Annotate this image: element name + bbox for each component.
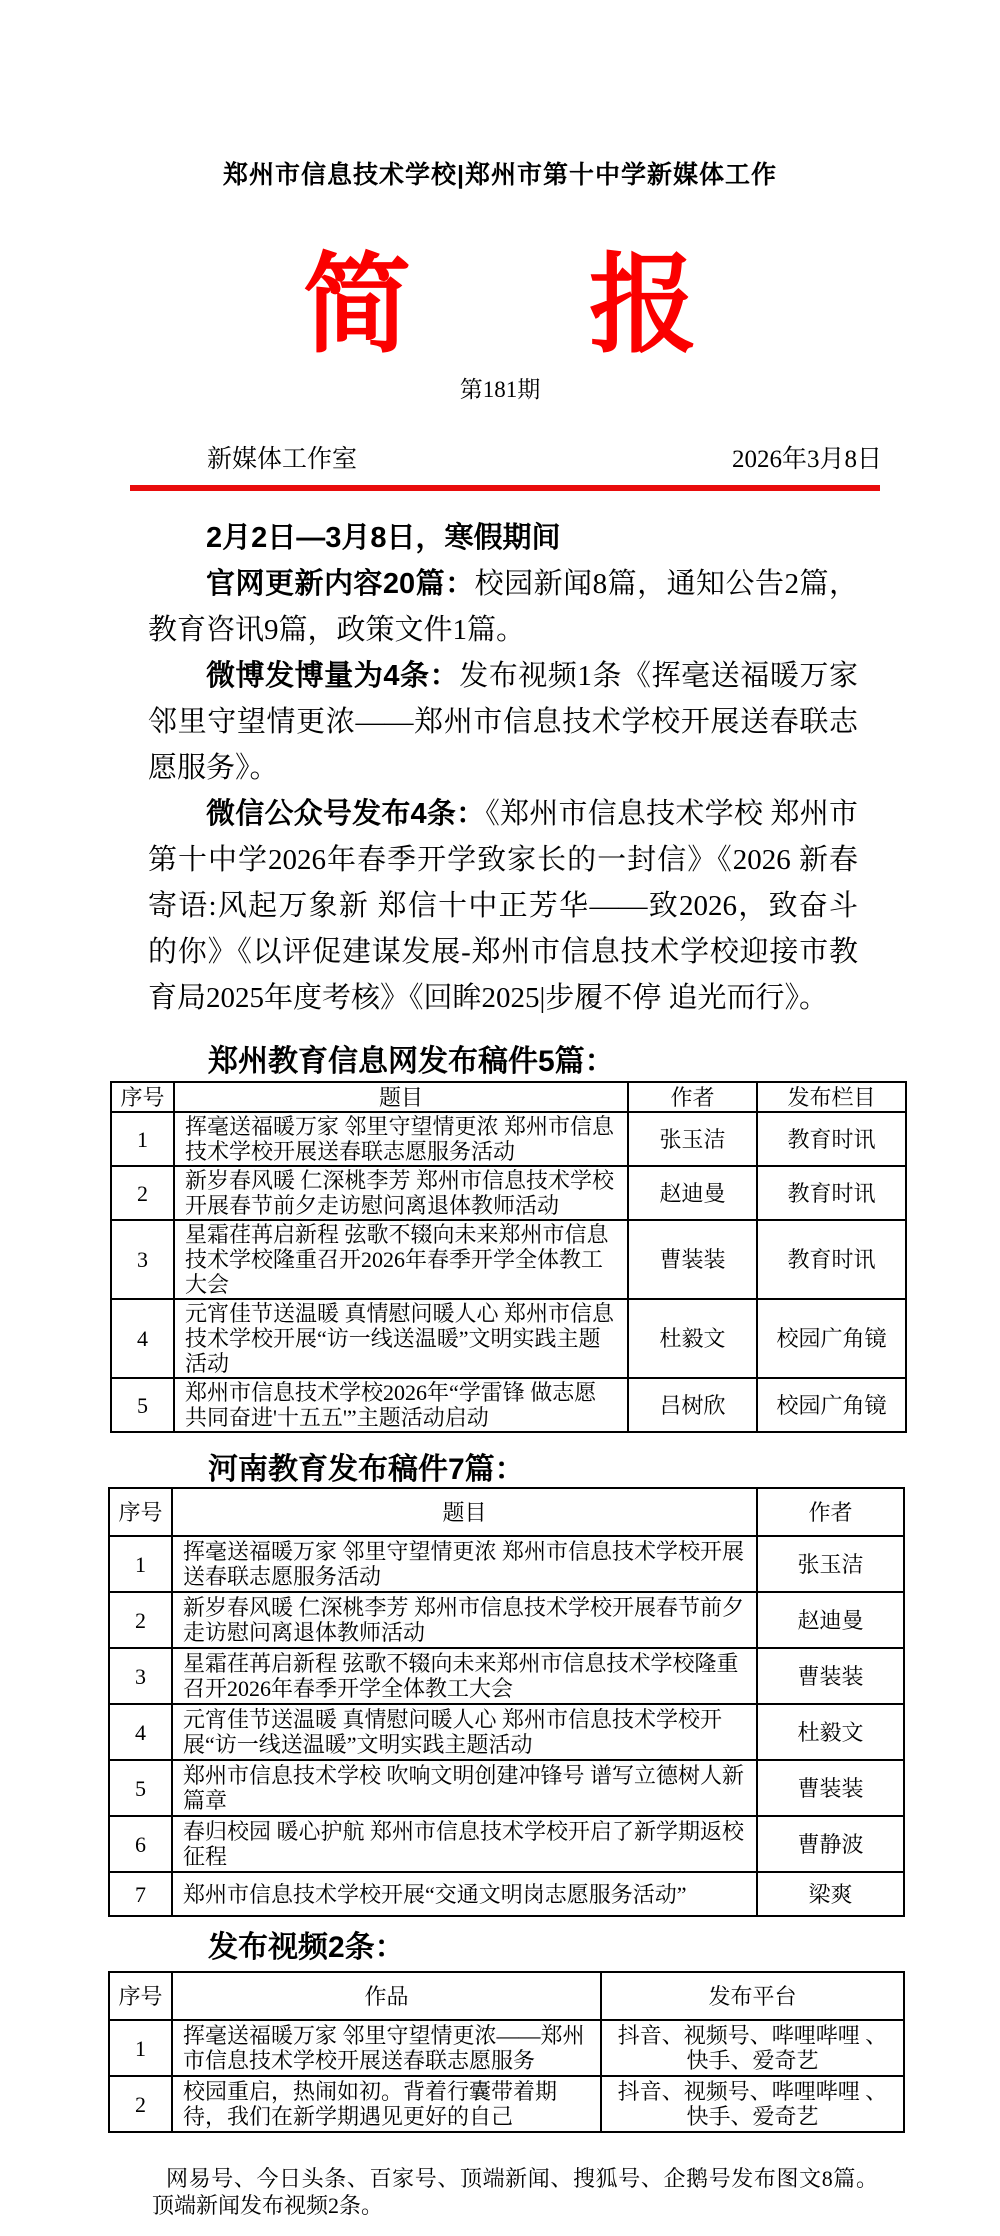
cell-title: 新岁春风暖 仁深桃李芳 郑州市信息技术学校开展春节前夕走访慰问离退体教师活动 xyxy=(172,1592,757,1648)
cell-no: 1 xyxy=(111,1112,174,1166)
cell-title: 元宵佳节送温暖 真情慰问暖人心 郑州市信息技术学校开展“访一线送温暖”文明实践主… xyxy=(172,1704,757,1760)
cell-title: 星霜荏苒启新程 弦歌不辍向未来郑州市信息技术学校隆重召开2026年春季开学全体教… xyxy=(172,1648,757,1704)
paragraph-weibo: 微博发博量为4条：发布视频1条《挥毫送福暖万家 邻里守望情更浓——郑州市信息技术… xyxy=(148,653,858,791)
cell-author: 赵迪曼 xyxy=(757,1592,904,1648)
cell-no: 5 xyxy=(109,1760,172,1816)
cell-title: 星霜荏苒启新程 弦歌不辍向未来郑州市信息技术学校隆重召开2026年春季开学全体教… xyxy=(174,1220,628,1299)
paragraph-wechat: 微信公众号发布4条：《郑州市信息技术学校 郑州市第十中学2026年春季开学致家长… xyxy=(148,791,858,1021)
cell-author: 杜毅文 xyxy=(757,1704,904,1760)
body-text: 2月2日—3月8日，寒假期间 官网更新内容20篇：校园新闻8篇，通知公告2篇，教… xyxy=(148,515,858,1021)
cell-column: 校园广角镜 xyxy=(757,1378,906,1432)
table-row: 1 挥毫送福暖万家 邻里守望情更浓——郑州市信息技术学校开展送春联志愿服务 抖音… xyxy=(109,2020,904,2076)
cell-no: 4 xyxy=(109,1704,172,1760)
cell-no: 7 xyxy=(109,1872,172,1916)
bulletin-title: 简 报 xyxy=(0,248,1000,362)
cell-author: 张玉洁 xyxy=(628,1112,757,1166)
cell-no: 1 xyxy=(109,1536,172,1592)
paragraph-period: 2月2日—3月8日，寒假期间 xyxy=(148,515,858,561)
cell-work: 挥毫送福暖万家 邻里守望情更浓——郑州市信息技术学校开展送春联志愿服务 xyxy=(172,2020,601,2076)
paragraph-period-text: 2月2日—3月8日，寒假期间 xyxy=(206,522,561,554)
table-row: 7 郑州市信息技术学校开展“交通文明岗志愿服务活动” 梁爽 xyxy=(109,1872,904,1916)
table-row: 6 春归校园 暖心护航 郑州市信息技术学校开启了新学期返校征程 曹静波 xyxy=(109,1816,904,1872)
issue-number: 第181期 xyxy=(0,378,1000,402)
bulletin-page: 郑州市信息技术学校|郑州市第十中学新媒体工作 简 报 第181期 新媒体工作室 … xyxy=(0,0,1000,2236)
masthead-date: 2026年3月8日 xyxy=(732,446,882,474)
cell-no: 4 xyxy=(111,1299,174,1378)
cell-title: 挥毫送福暖万家 邻里守望情更浓 郑州市信息技术学校开展送春联志愿服务活动 xyxy=(172,1536,757,1592)
cell-column: 校园广角镜 xyxy=(757,1299,906,1378)
table-header-row: 序号 题目 作者 发布栏目 xyxy=(111,1082,906,1112)
paragraph-website-lead: 官网更新内容20篇： xyxy=(206,568,475,600)
paragraph-wechat-rest: 《郑州市信息技术学校 郑州市第十中学2026年春季开学致家长的一封信》《2026… xyxy=(148,798,858,1014)
col-header-platform: 发布平台 xyxy=(601,1972,904,2020)
table-row: 5 郑州市信息技术学校2026年“学雷锋 做志愿 共同奋进'十五五'”主题活动启… xyxy=(111,1378,906,1432)
col-header-no: 序号 xyxy=(109,1972,172,2020)
cell-author: 赵迪曼 xyxy=(628,1166,757,1220)
organization-line: 郑州市信息技术学校|郑州市第十中学新媒体工作 xyxy=(0,0,1000,192)
col-header-work: 作品 xyxy=(172,1972,601,2020)
cell-author: 张玉洁 xyxy=(757,1536,904,1592)
masthead-row: 新媒体工作室 2026年3月8日 xyxy=(207,446,882,474)
col-header-no: 序号 xyxy=(109,1488,172,1536)
table-henan-edu: 序号 题目 作者 1 挥毫送福暖万家 邻里守望情更浓 郑州市信息技术学校开展送春… xyxy=(108,1487,905,1917)
cell-no: 3 xyxy=(109,1648,172,1704)
cell-title: 春归校园 暖心护航 郑州市信息技术学校开启了新学期返校征程 xyxy=(172,1816,757,1872)
table-videos: 序号 作品 发布平台 1 挥毫送福暖万家 邻里守望情更浓——郑州市信息技术学校开… xyxy=(108,1971,905,2133)
cell-column: 教育时讯 xyxy=(757,1220,906,1299)
paragraph-wechat-lead: 微信公众号发布4条： xyxy=(206,798,485,830)
cell-author: 曹装装 xyxy=(757,1648,904,1704)
paragraph-website: 官网更新内容20篇：校园新闻8篇，通知公告2篇，教育咨讯9篇，政策文件1篇。 xyxy=(148,561,858,653)
col-header-author: 作者 xyxy=(628,1082,757,1112)
table-row: 1 挥毫送福暖万家 邻里守望情更浓 郑州市信息技术学校开展送春联志愿服务活动 张… xyxy=(109,1536,904,1592)
col-header-author: 作者 xyxy=(757,1488,904,1536)
col-header-column: 发布栏目 xyxy=(757,1082,906,1112)
table-header-row: 序号 题目 作者 xyxy=(109,1488,904,1536)
cell-author: 吕树欣 xyxy=(628,1378,757,1432)
cell-title: 元宵佳节送温暖 真情慰问暖人心 郑州市信息技术学校开展“访一线送温暖”文明实践主… xyxy=(174,1299,628,1378)
table-row: 3 星霜荏苒启新程 弦歌不辍向未来郑州市信息技术学校隆重召开2026年春季开学全… xyxy=(109,1648,904,1704)
cell-author: 曹装装 xyxy=(757,1760,904,1816)
footer-note: 网易号、今日头条、百家号、顶端新闻、搜狐号、企鹅号发布图文8篇。顶端新闻发布视频… xyxy=(152,2165,878,2219)
cell-no: 2 xyxy=(111,1166,174,1220)
table-row: 4 元宵佳节送温暖 真情慰问暖人心 郑州市信息技术学校开展“访一线送温暖”文明实… xyxy=(109,1704,904,1760)
cell-title: 挥毫送福暖万家 邻里守望情更浓 郑州市信息技术学校开展送春联志愿服务活动 xyxy=(174,1112,628,1166)
cell-title: 郑州市信息技术学校开展“交通文明岗志愿服务活动” xyxy=(172,1872,757,1916)
table-row: 2 新岁春风暖 仁深桃李芳 郑州市信息技术学校开展春节前夕走访慰问离退体教师活动… xyxy=(111,1166,906,1220)
masthead-unit: 新媒体工作室 xyxy=(207,446,357,474)
col-header-title: 题目 xyxy=(172,1488,757,1536)
table-row: 3 星霜荏苒启新程 弦歌不辍向未来郑州市信息技术学校隆重召开2026年春季开学全… xyxy=(111,1220,906,1299)
paragraph-weibo-lead: 微博发博量为4条： xyxy=(206,660,459,692)
section-heading-henan-edu: 河南教育发布稿件7篇： xyxy=(208,1455,880,1485)
red-divider xyxy=(130,485,880,491)
table-row: 5 郑州市信息技术学校 吹响文明创建冲锋号 谱写立德树人新篇章 曹装装 xyxy=(109,1760,904,1816)
cell-column: 教育时讯 xyxy=(757,1112,906,1166)
cell-no: 2 xyxy=(109,1592,172,1648)
table-row: 1 挥毫送福暖万家 邻里守望情更浓 郑州市信息技术学校开展送春联志愿服务活动 张… xyxy=(111,1112,906,1166)
section-heading-videos: 发布视频2条： xyxy=(208,1933,880,1963)
section-heading-zhengzhou-edu-net: 郑州教育信息网发布稿件5篇： xyxy=(208,1047,880,1077)
cell-no: 2 xyxy=(109,2076,172,2132)
cell-column: 教育时讯 xyxy=(757,1166,906,1220)
cell-author: 梁爽 xyxy=(757,1872,904,1916)
cell-no: 6 xyxy=(109,1816,172,1872)
cell-title: 郑州市信息技术学校 吹响文明创建冲锋号 谱写立德树人新篇章 xyxy=(172,1760,757,1816)
cell-no: 5 xyxy=(111,1378,174,1432)
cell-platform: 抖音、视频号、哔哩哔哩 、快手、爱奇艺 xyxy=(601,2020,904,2076)
cell-title: 新岁春风暖 仁深桃李芳 郑州市信息技术学校开展春节前夕走访慰问离退体教师活动 xyxy=(174,1166,628,1220)
cell-author: 曹静波 xyxy=(757,1816,904,1872)
table-row: 2 校园重启，热闹如初。背着行囊带着期待，我们在新学期遇见更好的自己 抖音、视频… xyxy=(109,2076,904,2132)
cell-no: 3 xyxy=(111,1220,174,1299)
cell-work: 校园重启，热闹如初。背着行囊带着期待，我们在新学期遇见更好的自己 xyxy=(172,2076,601,2132)
col-header-no: 序号 xyxy=(111,1082,174,1112)
cell-author: 杜毅文 xyxy=(628,1299,757,1378)
table-header-row: 序号 作品 发布平台 xyxy=(109,1972,904,2020)
cell-title: 郑州市信息技术学校2026年“学雷锋 做志愿 共同奋进'十五五'”主题活动启动 xyxy=(174,1378,628,1432)
table-zhengzhou-edu-net: 序号 题目 作者 发布栏目 1 挥毫送福暖万家 邻里守望情更浓 郑州市信息技术学… xyxy=(110,1081,907,1433)
cell-author: 曹装装 xyxy=(628,1220,757,1299)
cell-platform: 抖音、视频号、哔哩哔哩 、快手、爱奇艺 xyxy=(601,2076,904,2132)
table-row: 4 元宵佳节送温暖 真情慰问暖人心 郑州市信息技术学校开展“访一线送温暖”文明实… xyxy=(111,1299,906,1378)
table-row: 2 新岁春风暖 仁深桃李芳 郑州市信息技术学校开展春节前夕走访慰问离退体教师活动… xyxy=(109,1592,904,1648)
cell-no: 1 xyxy=(109,2020,172,2076)
col-header-title: 题目 xyxy=(174,1082,628,1112)
